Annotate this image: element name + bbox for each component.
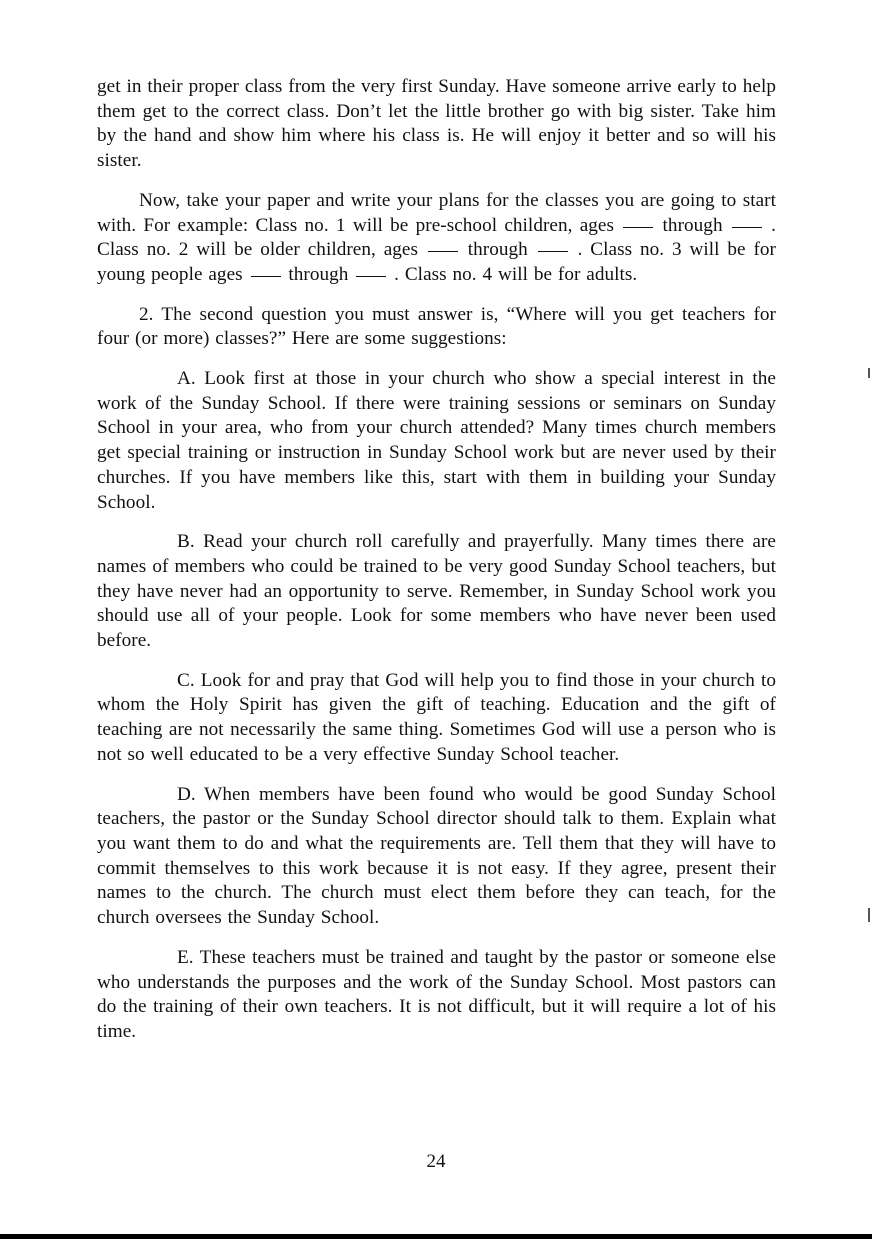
plans-text-7: . Class no. 4 will be for adults. (394, 264, 637, 285)
blank-line (623, 226, 653, 228)
paragraph-suggestion-b: B. Read your church roll carefully and p… (97, 530, 776, 654)
paragraph-question-2: 2. The second question you must answer i… (97, 303, 776, 352)
document-page-body: get in their proper class from the very … (97, 75, 776, 1045)
paragraph-suggestion-a: A. Look first at those in your church wh… (97, 367, 776, 515)
page-number: 24 (0, 1151, 872, 1173)
plans-text-2: through (663, 215, 723, 236)
blank-line (251, 275, 281, 277)
blank-line (428, 250, 458, 252)
blank-line (356, 275, 386, 277)
paragraph-intro-continued: get in their proper class from the very … (97, 75, 776, 174)
paragraph-suggestion-d: D. When members have been found who woul… (97, 783, 776, 931)
blank-line (732, 226, 762, 228)
scan-margin-mark (868, 368, 870, 378)
paragraph-suggestion-c: C. Look for and pray that God will help … (97, 669, 776, 768)
blank-line (538, 250, 568, 252)
paragraph-suggestion-e: E. These teachers must be trained and ta… (97, 946, 776, 1045)
scan-bottom-edge (0, 1234, 872, 1239)
scan-margin-mark (868, 908, 870, 922)
paragraph-class-plans: Now, take your paper and write your plan… (97, 189, 776, 288)
plans-text-6: through (288, 264, 348, 285)
plans-text-4: through (468, 239, 528, 260)
